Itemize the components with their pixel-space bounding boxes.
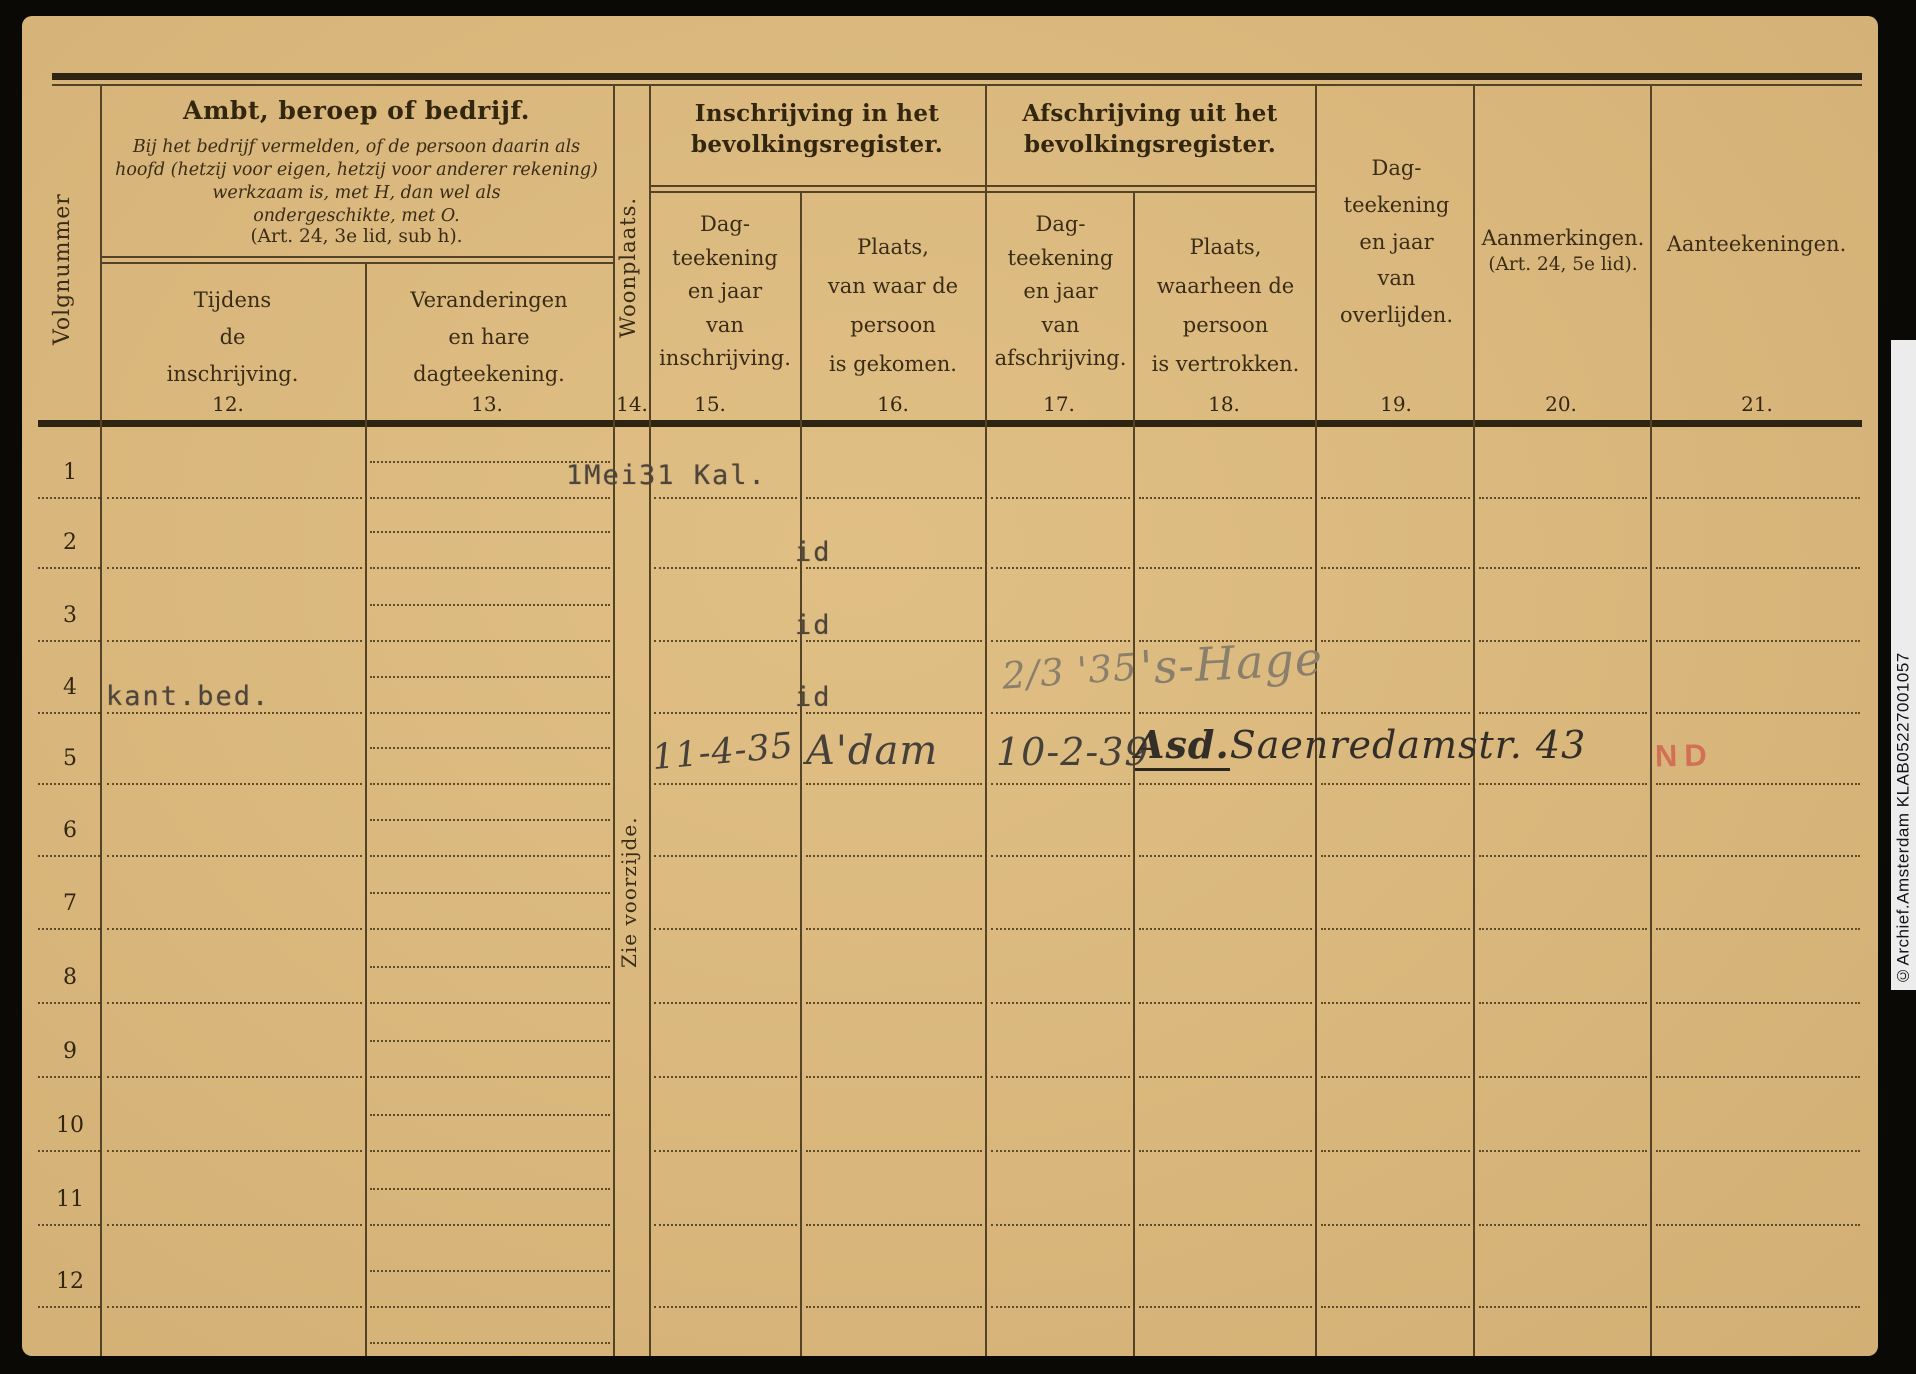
afschrijving-group-title: Afschrijving uit het bevolkingsregister. — [985, 98, 1315, 160]
entry-row2-plaats: id — [795, 537, 832, 568]
row-dotted-line — [806, 1306, 982, 1308]
col21-number: 21. — [1722, 392, 1792, 416]
entry-row4-beroep: kant.bed. — [106, 681, 270, 712]
entry-row5-afschrijving-datum: 10-2-39 — [996, 730, 1150, 774]
ambt-group-article: (Art. 24, 3e lid, sub h). — [100, 226, 613, 247]
row-dotted-line — [1479, 1076, 1647, 1078]
row-dotted-line — [1321, 1306, 1470, 1308]
col13-half-dotted-line — [370, 676, 610, 678]
row-dotted-line — [991, 928, 1130, 930]
row-dotted-line — [1656, 928, 1860, 930]
ambt-group-note: Bij het bedrijf vermelden, of de persoon… — [100, 136, 613, 228]
col13-half-dotted-line — [370, 1188, 610, 1190]
nd-stamp: ND — [1655, 737, 1714, 774]
row-dotted-line — [107, 928, 362, 930]
row-dotted-line — [1139, 855, 1312, 857]
row-dotted-line — [1656, 1224, 1860, 1226]
row-dotted-line — [654, 1076, 797, 1078]
col15-number: 15. — [675, 392, 745, 416]
row-dotted-line — [38, 1002, 100, 1004]
scanned-register-card-page: 123456789101112 Volgnummer Ambt, beroep … — [0, 0, 1916, 1374]
col13-half-dotted-line — [370, 531, 610, 533]
row-dotted-line — [806, 855, 982, 857]
column-divider — [613, 86, 615, 1356]
row-dotted-line — [1479, 1002, 1647, 1004]
row-number: 1 — [48, 460, 92, 485]
row-dotted-line — [1656, 1150, 1860, 1152]
inschrijving-group-title: Inschrijving in het bevolkingsregister. — [649, 98, 985, 160]
row-dotted-line — [38, 640, 100, 642]
row-dotted-line — [38, 1224, 100, 1226]
row-dotted-line — [370, 712, 610, 714]
row-dotted-line — [654, 497, 797, 499]
row-dotted-line — [1321, 855, 1470, 857]
row-dotted-line — [1139, 1002, 1312, 1004]
col16-header: Plaats, van waar de persoon is gekomen. — [803, 228, 983, 383]
row-dotted-line — [806, 928, 982, 930]
row-dotted-line — [806, 640, 982, 642]
row-dotted-line — [1656, 567, 1860, 569]
row-dotted-line — [654, 1224, 797, 1226]
row-dotted-line — [1139, 712, 1312, 714]
row-dotted-line — [991, 1076, 1130, 1078]
row-number: 10 — [48, 1113, 92, 1138]
row-dotted-line — [1139, 928, 1312, 930]
row-dotted-line — [991, 1224, 1130, 1226]
row-dotted-line — [654, 1002, 797, 1004]
entry-row5-plaats-gekomen: A'dam — [806, 728, 938, 774]
row-number: 12 — [48, 1269, 92, 1294]
row-dotted-line — [107, 497, 362, 499]
row-dotted-line — [370, 1306, 610, 1308]
col18-number: 18. — [1189, 392, 1259, 416]
row-dotted-line — [1321, 497, 1470, 499]
entry-row5-vertrokken-plaats: Asd. — [1135, 722, 1230, 771]
col13-half-dotted-line — [370, 1270, 610, 1272]
col12-number: 12. — [193, 392, 263, 416]
woonplaats-column-label: Woonplaats. — [616, 178, 640, 338]
col19-header: Dag- teekening en jaar van overlijden. — [1320, 150, 1473, 334]
column-divider — [985, 86, 987, 1356]
row-dotted-line — [1321, 640, 1470, 642]
row-dotted-line — [1656, 497, 1860, 499]
row-dotted-line — [654, 855, 797, 857]
zie-voorzijde-note: Zie voorzijde. — [617, 808, 641, 968]
row-dotted-line — [1139, 1150, 1312, 1152]
row-dotted-line — [1321, 783, 1470, 785]
group-double-rule — [649, 191, 1315, 193]
row-dotted-line — [38, 1076, 100, 1078]
row-dotted-line — [991, 640, 1130, 642]
row-number: 7 — [48, 891, 92, 916]
row-dotted-line — [991, 712, 1130, 714]
row-dotted-line — [1656, 1306, 1860, 1308]
row-dotted-line — [1479, 1150, 1647, 1152]
col13-half-dotted-line — [370, 819, 610, 821]
row-dotted-line — [991, 855, 1130, 857]
col19-number: 19. — [1361, 392, 1431, 416]
row-dotted-line — [1479, 640, 1647, 642]
row-number: 5 — [48, 746, 92, 771]
ambt-double-rule — [100, 262, 613, 264]
row-number: 11 — [48, 1187, 92, 1212]
row-dotted-line — [370, 497, 610, 499]
row-dotted-line — [38, 567, 100, 569]
row-dotted-line — [38, 855, 100, 857]
row-dotted-line — [1479, 497, 1647, 499]
row-dotted-line — [654, 928, 797, 930]
row-dotted-line — [1656, 783, 1860, 785]
col13-half-dotted-line — [370, 1040, 610, 1042]
row-dotted-line — [107, 1150, 362, 1152]
table-top-rule — [52, 73, 1862, 80]
row-dotted-line — [107, 1076, 362, 1078]
row-dotted-line — [370, 855, 610, 857]
col18-header: Plaats, waarheen de persoon is vertrokke… — [1136, 228, 1315, 383]
row-dotted-line — [1656, 855, 1860, 857]
column-divider — [1315, 86, 1317, 1356]
column-divider — [1650, 86, 1652, 1356]
row-dotted-line — [991, 1002, 1130, 1004]
row-dotted-line — [107, 855, 362, 857]
col17-number: 17. — [1024, 392, 1094, 416]
row-dotted-line — [1139, 783, 1312, 785]
header-bottom-rule — [38, 420, 1862, 427]
row-dotted-line — [806, 1076, 982, 1078]
table-top-rule-thin — [52, 84, 1862, 86]
row-dotted-line — [1321, 567, 1470, 569]
row-dotted-line — [370, 1150, 610, 1152]
col12-header: Tijdens de inschrijving. — [100, 282, 365, 392]
col13-half-dotted-line — [370, 966, 610, 968]
row-dotted-line — [1139, 567, 1312, 569]
row-dotted-line — [654, 712, 797, 714]
row-dotted-line — [370, 1002, 610, 1004]
col13-half-dotted-line — [370, 1114, 610, 1116]
archive-watermark: ©Archief.Amsterdam KLAB05227001057 — [1891, 345, 1916, 985]
row-dotted-line — [654, 1150, 797, 1152]
row-number: 9 — [48, 1039, 92, 1064]
row-dotted-line — [1656, 1076, 1860, 1078]
row-dotted-line — [806, 1150, 982, 1152]
row-dotted-line — [370, 1076, 610, 1078]
row-number: 2 — [48, 530, 92, 555]
row-number: 6 — [48, 818, 92, 843]
row-dotted-line — [38, 497, 100, 499]
col17-header: Dag- teekening en jaar van afschrijving. — [988, 208, 1133, 376]
col13-half-dotted-line — [370, 604, 610, 606]
row-dotted-line — [1479, 928, 1647, 930]
column-divider — [365, 262, 367, 1356]
row-dotted-line — [370, 783, 610, 785]
row-dotted-line — [38, 783, 100, 785]
row-dotted-line — [370, 567, 610, 569]
row-dotted-line — [107, 712, 362, 714]
column-divider — [649, 86, 651, 1356]
column-divider — [800, 191, 802, 1356]
row-dotted-line — [107, 567, 362, 569]
row-dotted-line — [370, 640, 610, 642]
row-number: 4 — [48, 675, 92, 700]
column-divider — [1473, 86, 1475, 1356]
entry-row4-vertrokken: 's-Hage — [1139, 631, 1325, 695]
row-dotted-line — [806, 567, 982, 569]
row-dotted-line — [370, 928, 610, 930]
row-dotted-line — [1479, 567, 1647, 569]
row-dotted-line — [991, 1150, 1130, 1152]
row-dotted-line — [991, 567, 1130, 569]
row-dotted-line — [107, 1224, 362, 1226]
col16-number: 16. — [858, 392, 928, 416]
row-dotted-line — [1479, 1306, 1647, 1308]
col20-header-line2: (Art. 24, 5e lid). — [1477, 254, 1649, 275]
entry-row1-inschrijving: 1Mei31 Kal. — [566, 460, 767, 491]
row-dotted-line — [654, 640, 797, 642]
row-dotted-line — [1139, 497, 1312, 499]
row-dotted-line — [991, 497, 1130, 499]
row-dotted-line — [1139, 1224, 1312, 1226]
row-dotted-line — [1479, 712, 1647, 714]
row-dotted-line — [1321, 1002, 1470, 1004]
row-dotted-line — [1656, 712, 1860, 714]
row-dotted-line — [806, 712, 982, 714]
row-dotted-line — [107, 1002, 362, 1004]
row-dotted-line — [1321, 1224, 1470, 1226]
row-dotted-line — [654, 783, 797, 785]
row-dotted-line — [1479, 783, 1647, 785]
row-dotted-line — [1321, 1076, 1470, 1078]
ambt-double-rule — [100, 256, 613, 258]
row-dotted-line — [1139, 1306, 1312, 1308]
row-dotted-line — [38, 1306, 100, 1308]
row-dotted-line — [991, 783, 1130, 785]
col13-header: Veranderingen en hare dagteekening. — [365, 282, 613, 392]
row-dotted-line — [991, 1306, 1130, 1308]
entry-row3-plaats: id — [795, 610, 832, 641]
col20-header-line1: Aanmerkingen. — [1477, 222, 1649, 256]
row-number: 3 — [48, 603, 92, 628]
col13-half-dotted-line — [370, 1342, 610, 1344]
row-dotted-line — [38, 928, 100, 930]
column-divider — [100, 86, 102, 1356]
row-dotted-line — [370, 1224, 610, 1226]
row-dotted-line — [1656, 1002, 1860, 1004]
row-dotted-line — [806, 783, 982, 785]
row-dotted-line — [38, 712, 100, 714]
row-dotted-line — [1321, 928, 1470, 930]
col13-half-dotted-line — [370, 747, 610, 749]
col21-header: Aanteekeningen. — [1653, 228, 1860, 262]
row-dotted-line — [806, 497, 982, 499]
row-dotted-line — [1321, 712, 1470, 714]
entry-row4-plaats: id — [795, 682, 832, 713]
col13-number: 13. — [452, 392, 522, 416]
row-dotted-line — [1479, 1224, 1647, 1226]
volgnummer-column-label: Volgnummer — [50, 145, 75, 345]
col15-header: Dag- teekening en jaar van inschrijving. — [652, 208, 798, 376]
row-dotted-line — [806, 1002, 982, 1004]
col13-half-dotted-line — [370, 892, 610, 894]
row-dotted-line — [1321, 1150, 1470, 1152]
col14-number: 14. — [597, 392, 667, 416]
col20-number: 20. — [1526, 392, 1596, 416]
row-dotted-line — [1479, 855, 1647, 857]
ambt-group-title: Ambt, beroep of bedrijf. — [100, 96, 613, 125]
row-dotted-line — [806, 1224, 982, 1226]
row-dotted-line — [38, 1150, 100, 1152]
entry-row5-vertrokken-adres: Saenredamstr. 43 — [1230, 723, 1587, 767]
row-dotted-line — [1139, 1076, 1312, 1078]
entry-row5-vertrokken: Asd.Saenredamstr. 43 — [1135, 722, 1586, 767]
row-dotted-line — [654, 1306, 797, 1308]
row-dotted-line — [654, 567, 797, 569]
group-double-rule — [649, 185, 1315, 187]
row-dotted-line — [1656, 640, 1860, 642]
row-dotted-line — [107, 1306, 362, 1308]
row-dotted-line — [107, 783, 362, 785]
row-number: 8 — [48, 965, 92, 990]
row-dotted-line — [107, 640, 362, 642]
